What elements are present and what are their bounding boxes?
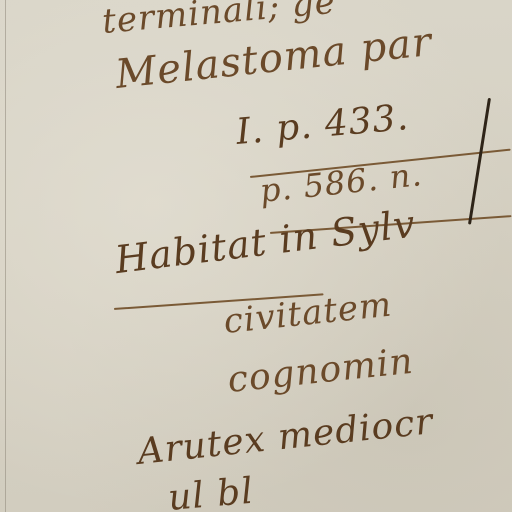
manuscript-line-9: ul bl — [166, 471, 255, 512]
page-edge — [5, 0, 6, 512]
